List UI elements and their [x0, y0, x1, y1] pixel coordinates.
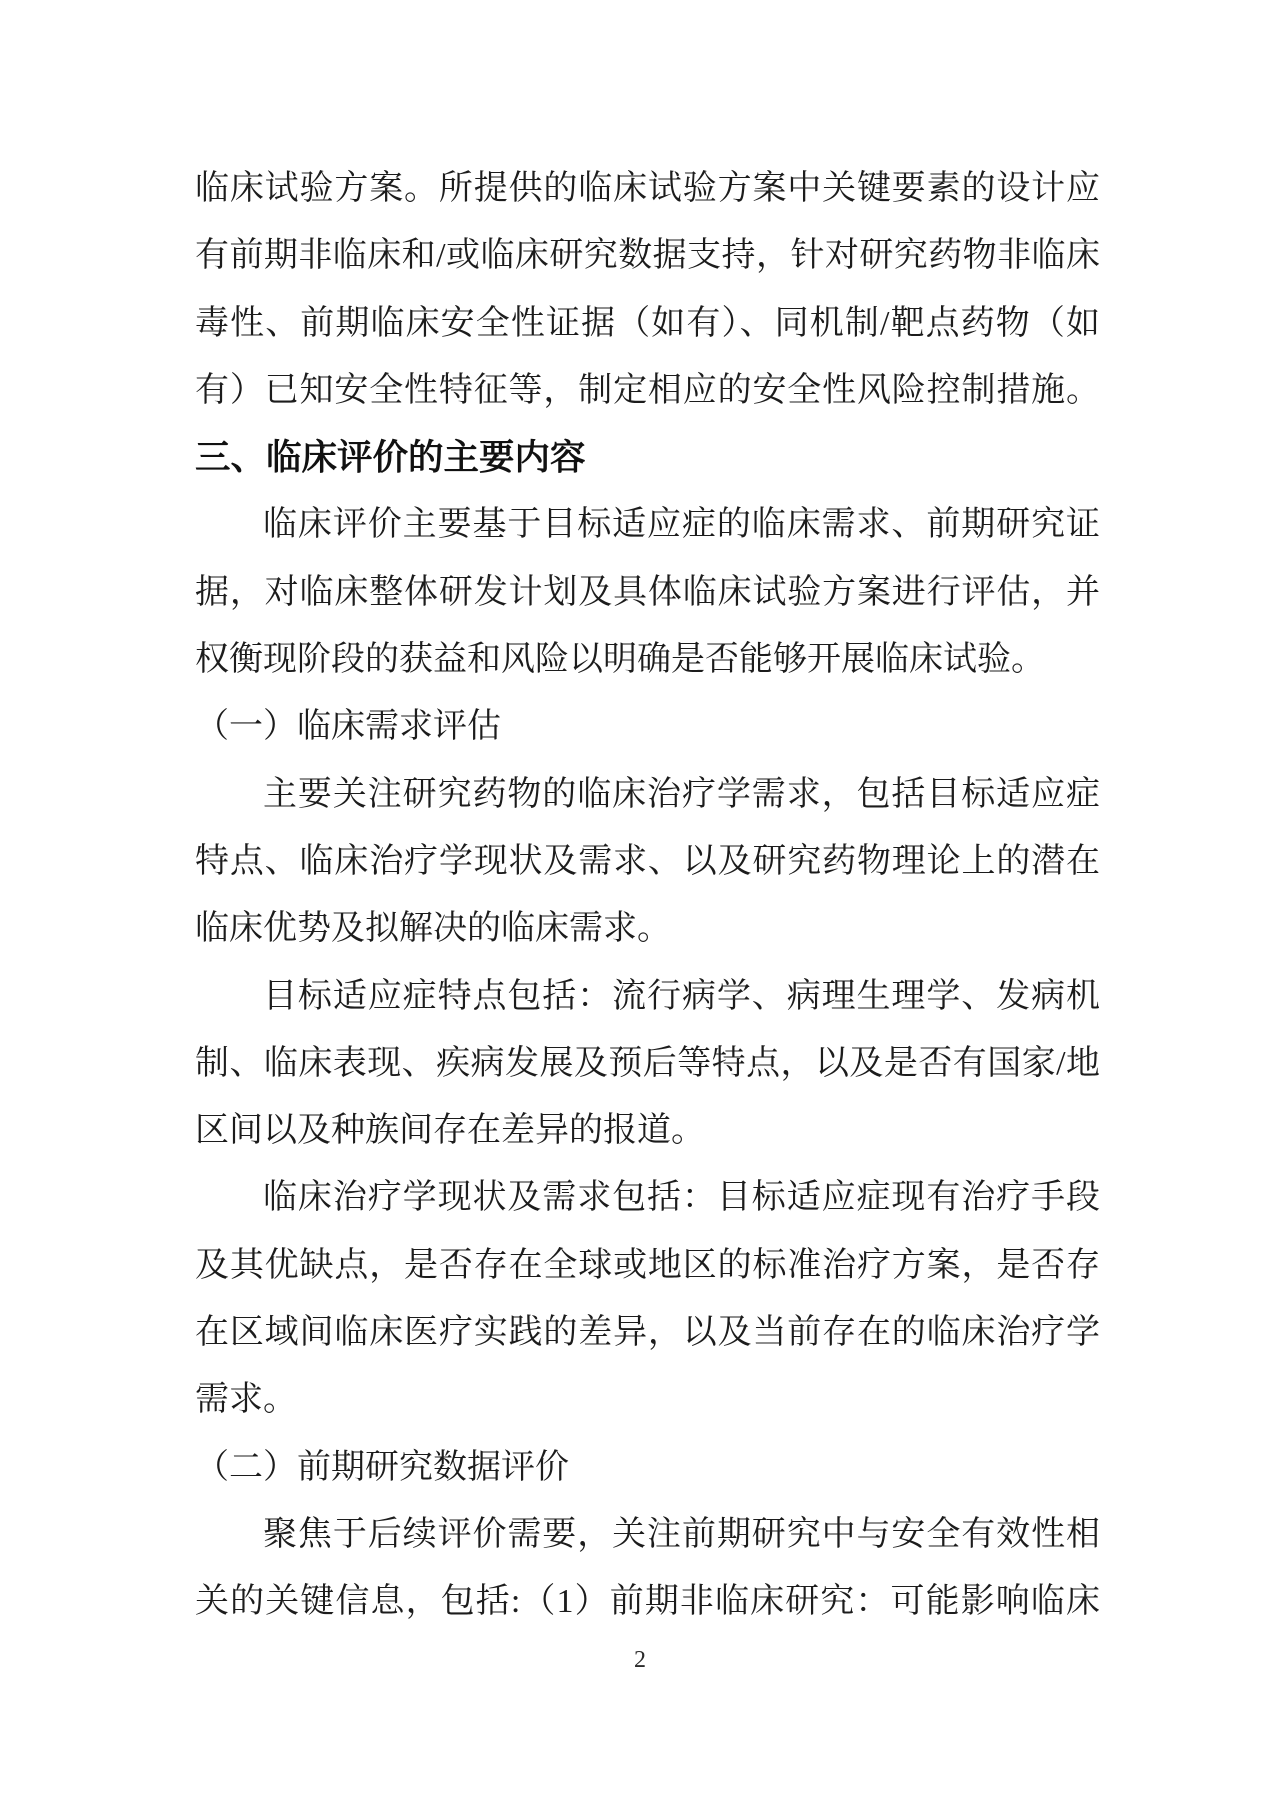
document-page: 临床试验方案。所提供的临床试验方案中关键要素的设计应 有前期非临床和/或临床研究…: [0, 0, 1280, 1810]
text-line: 制、临床表现、疾病发展及预后等特点，以及是否有国家/地: [195, 1030, 1100, 1097]
text-line: 毒性、前期临床安全性证据（如有）、同机制/靶点药物（如: [195, 290, 1100, 357]
section-heading: 三、临床评价的主要内容: [195, 424, 1100, 491]
text-line: 临床试验方案。所提供的临床试验方案中关键要素的设计应: [195, 155, 1100, 222]
text-line: 区间以及种族间存在差异的报道。: [195, 1097, 1100, 1164]
text-line: 据，对临床整体研发计划及具体临床试验方案进行评估，并: [195, 559, 1100, 626]
text-line: 目标适应症特点包括：流行病学、病理生理学、发病机: [195, 963, 1100, 1030]
text-line: 临床优势及拟解决的临床需求。: [195, 895, 1100, 962]
page-number: 2: [0, 1647, 1280, 1674]
subsection-heading: （一）临床需求评估: [195, 693, 1100, 760]
text-line: 特点、临床治疗学现状及需求、以及研究药物理论上的潜在: [195, 828, 1100, 895]
text-line: 临床评价主要基于目标适应症的临床需求、前期研究证: [195, 491, 1100, 558]
text-line: 有）已知安全性特征等，制定相应的安全性风险控制措施。: [195, 357, 1100, 424]
document-body: 临床试验方案。所提供的临床试验方案中关键要素的设计应 有前期非临床和/或临床研究…: [195, 155, 1100, 1636]
text-line: 聚焦于后续评价需要，关注前期研究中与安全有效性相: [195, 1501, 1100, 1568]
text-line: 权衡现阶段的获益和风险以明确是否能够开展临床试验。: [195, 626, 1100, 693]
text-line: 在区域间临床医疗实践的差异，以及当前存在的临床治疗学: [195, 1299, 1100, 1366]
text-line: 有前期非临床和/或临床研究数据支持，针对研究药物非临床: [195, 222, 1100, 289]
text-line: 及其优缺点，是否存在全球或地区的标准治疗方案，是否存: [195, 1232, 1100, 1299]
subsection-heading: （二）前期研究数据评价: [195, 1434, 1100, 1501]
text-line: 需求。: [195, 1366, 1100, 1433]
text-line: 主要关注研究药物的临床治疗学需求，包括目标适应症: [195, 761, 1100, 828]
text-line: 关的关键信息，包括:（1）前期非临床研究：可能影响临床: [195, 1568, 1100, 1635]
text-line: 临床治疗学现状及需求包括：目标适应症现有治疗手段: [195, 1164, 1100, 1231]
